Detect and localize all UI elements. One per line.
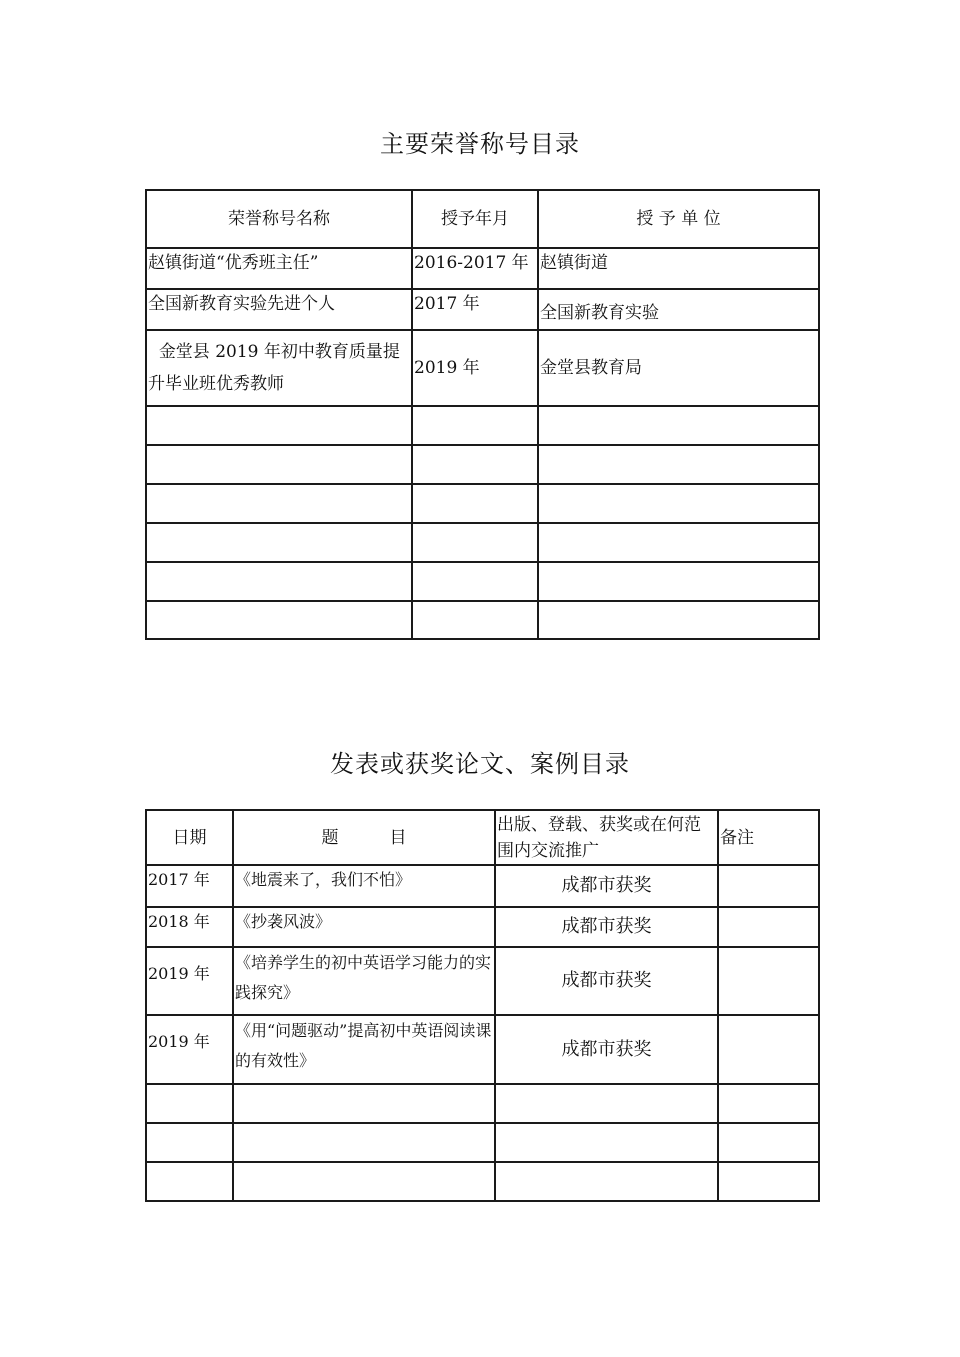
paper-note: [718, 907, 819, 947]
paper-date: 2019 年: [146, 947, 233, 1015]
paper-title: [233, 1084, 495, 1123]
honor-date: [412, 601, 538, 639]
header-honor-name: 荣誉称号名称: [146, 190, 412, 248]
paper-note: [718, 1084, 819, 1123]
table-row: 2019 年 《用“问题驱动”提高初中英语阅读课的有效性》 成都市获奖: [146, 1015, 819, 1084]
honor-name: 全国新教育实验先进个人: [146, 289, 412, 330]
table-row: [146, 406, 819, 445]
paper-scope: [495, 1162, 718, 1201]
honors-title: 主要荣誉称号目录: [0, 124, 960, 159]
paper-scope: [495, 1123, 718, 1162]
paper-title: 《用“问题驱动”提高初中英语阅读课的有效性》: [233, 1015, 495, 1084]
table-row: [146, 1162, 819, 1201]
honor-unit: [538, 523, 819, 562]
honor-unit: [538, 445, 819, 484]
paper-date: 2019 年: [146, 1015, 233, 1084]
honor-name: 金堂县 2019 年初中教育质量提升毕业班优秀教师: [146, 330, 412, 406]
paper-scope: 成都市获奖: [495, 865, 718, 907]
honor-name: [146, 523, 412, 562]
paper-scope: 成都市获奖: [495, 947, 718, 1015]
table-row: 金堂县 2019 年初中教育质量提升毕业班优秀教师 2019 年 金堂县教育局: [146, 330, 819, 406]
honor-date: 2017 年: [412, 289, 538, 330]
paper-title: 《抄袭风波》: [233, 907, 495, 947]
paper-note: [718, 1123, 819, 1162]
papers-title: 发表或获奖论文、案例目录: [0, 744, 960, 779]
honor-date: [412, 562, 538, 601]
honor-name: [146, 562, 412, 601]
paper-date: 2017 年: [146, 865, 233, 907]
honor-unit: 赵镇街道: [538, 248, 819, 289]
header-scope: 出版、登载、获奖或在何范围内交流推广: [495, 810, 718, 865]
header-award-date: 授予年月: [412, 190, 538, 248]
header-date: 日期: [146, 810, 233, 865]
table-row: 2018 年 《抄袭风波》 成都市获奖: [146, 907, 819, 947]
table-row: [146, 1084, 819, 1123]
paper-scope: [495, 1084, 718, 1123]
paper-title: [233, 1123, 495, 1162]
table-header-row: 日期 题 目 出版、登载、获奖或在何范围内交流推广 备注: [146, 810, 819, 865]
table-row: 2017 年 《地震来了，我们不怕》 成都市获奖: [146, 865, 819, 907]
table-row: [146, 562, 819, 601]
table-row: [146, 484, 819, 523]
honor-date: [412, 484, 538, 523]
table-row: 2019 年 《培养学生的初中英语学习能力的实践探究》 成都市获奖: [146, 947, 819, 1015]
header-award-unit: 授 予 单 位: [538, 190, 819, 248]
honors-table: 荣誉称号名称 授予年月 授 予 单 位 赵镇街道“优秀班主任” 2016-201…: [145, 189, 820, 640]
honor-date: [412, 406, 538, 445]
honor-unit: [538, 562, 819, 601]
paper-date: [146, 1162, 233, 1201]
honor-date: 2016-2017 年: [412, 248, 538, 289]
header-note: 备注: [718, 810, 819, 865]
paper-note: [718, 1015, 819, 1084]
paper-date: [146, 1084, 233, 1123]
honor-unit: 全国新教育实验: [538, 289, 819, 330]
honor-unit: [538, 484, 819, 523]
honor-name: [146, 484, 412, 523]
paper-note: [718, 947, 819, 1015]
honor-unit: [538, 601, 819, 639]
table-header-row: 荣誉称号名称 授予年月 授 予 单 位: [146, 190, 819, 248]
paper-date: 2018 年: [146, 907, 233, 947]
honor-name: [146, 406, 412, 445]
honor-unit: [538, 406, 819, 445]
papers-table: 日期 题 目 出版、登载、获奖或在何范围内交流推广 备注 2017 年 《地震来…: [145, 809, 820, 1202]
table-row: 赵镇街道“优秀班主任” 2016-2017 年 赵镇街道: [146, 248, 819, 289]
honor-date: [412, 523, 538, 562]
paper-title: 《地震来了，我们不怕》: [233, 865, 495, 907]
honor-name: 赵镇街道“优秀班主任”: [146, 248, 412, 289]
table-row: [146, 445, 819, 484]
table-row: [146, 523, 819, 562]
honor-unit: 金堂县教育局: [538, 330, 819, 406]
paper-note: [718, 865, 819, 907]
honor-date: [412, 445, 538, 484]
honor-date: 2019 年: [412, 330, 538, 406]
paper-scope: 成都市获奖: [495, 1015, 718, 1084]
paper-title: [233, 1162, 495, 1201]
honor-name: [146, 601, 412, 639]
paper-title: 《培养学生的初中英语学习能力的实践探究》: [233, 947, 495, 1015]
paper-date: [146, 1123, 233, 1162]
table-row: [146, 1123, 819, 1162]
paper-scope: 成都市获奖: [495, 907, 718, 947]
table-row: 全国新教育实验先进个人 2017 年 全国新教育实验: [146, 289, 819, 330]
honor-name: [146, 445, 412, 484]
header-title: 题 目: [233, 810, 495, 865]
paper-note: [718, 1162, 819, 1201]
table-row: [146, 601, 819, 639]
